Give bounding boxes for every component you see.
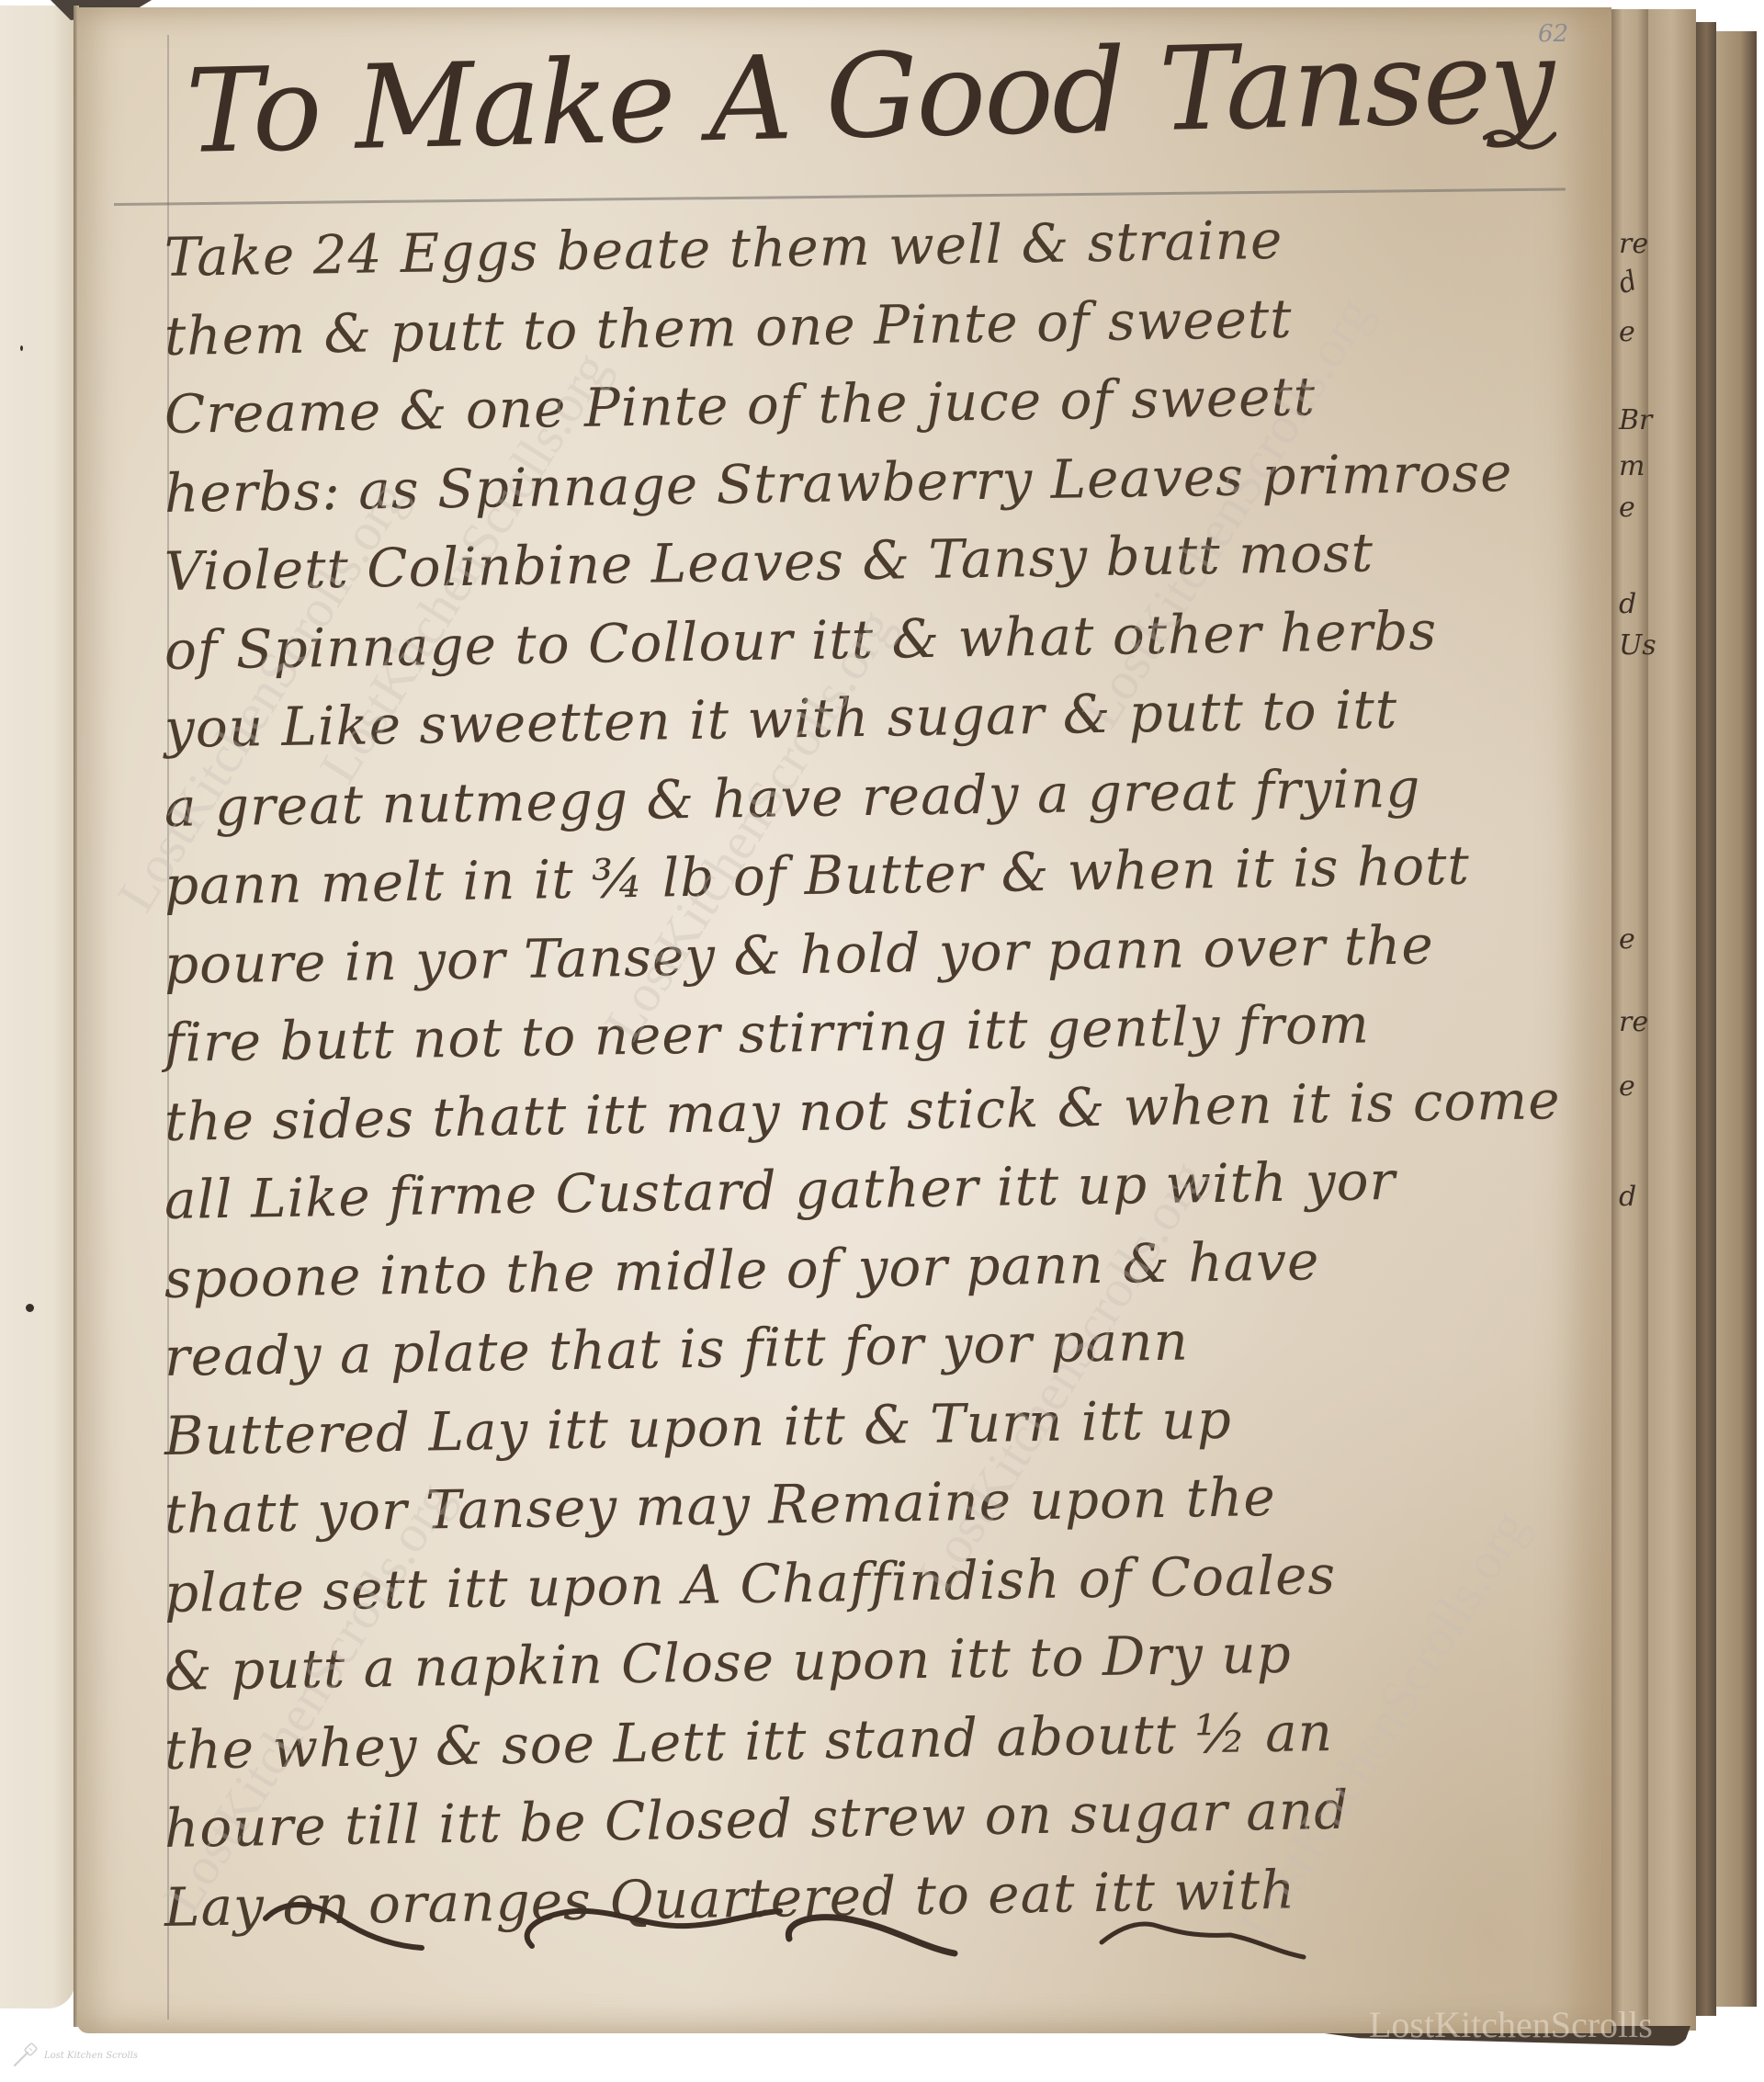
margin-fragment: Br [1619, 404, 1652, 436]
margin-fragment: e [1619, 923, 1635, 956]
margin-fragment: e [1619, 316, 1635, 348]
margin-fragment: re [1619, 1006, 1648, 1038]
logo-text: Lost Kitchen Scrolls [44, 2051, 138, 2061]
page-edge-shadow [1696, 22, 1716, 2016]
left-page [0, 6, 75, 2008]
margin-fragment: re [1619, 228, 1648, 260]
margin-fragment: e [1619, 492, 1635, 524]
recipe-body: Take 24 Eggs beate them well & straine t… [164, 219, 1607, 1947]
book-cover-edge [1716, 31, 1757, 2007]
margin-fragment: d [1619, 1181, 1636, 1213]
recipe-title: To Make A Good Tansey [185, 13, 1555, 179]
page-edge [1648, 9, 1696, 2031]
site-logo[interactable]: Lost Kitchen Scrolls [11, 2042, 138, 2069]
spatula-icon [11, 2042, 39, 2069]
ink-spot [20, 345, 23, 351]
manuscript-page: 62 To Make A Good Tansey Take 24 Eggs be… [77, 7, 1611, 2033]
margin-fragment: d [1619, 588, 1636, 620]
margin-fragment: e [1619, 1070, 1635, 1103]
margin-fragment: m [1619, 450, 1645, 482]
margin-fragment: Us [1619, 629, 1657, 662]
ink-spot [26, 1304, 34, 1312]
closing-flourish-icon [256, 1891, 1487, 1974]
title-flourish-icon [1483, 127, 1556, 154]
